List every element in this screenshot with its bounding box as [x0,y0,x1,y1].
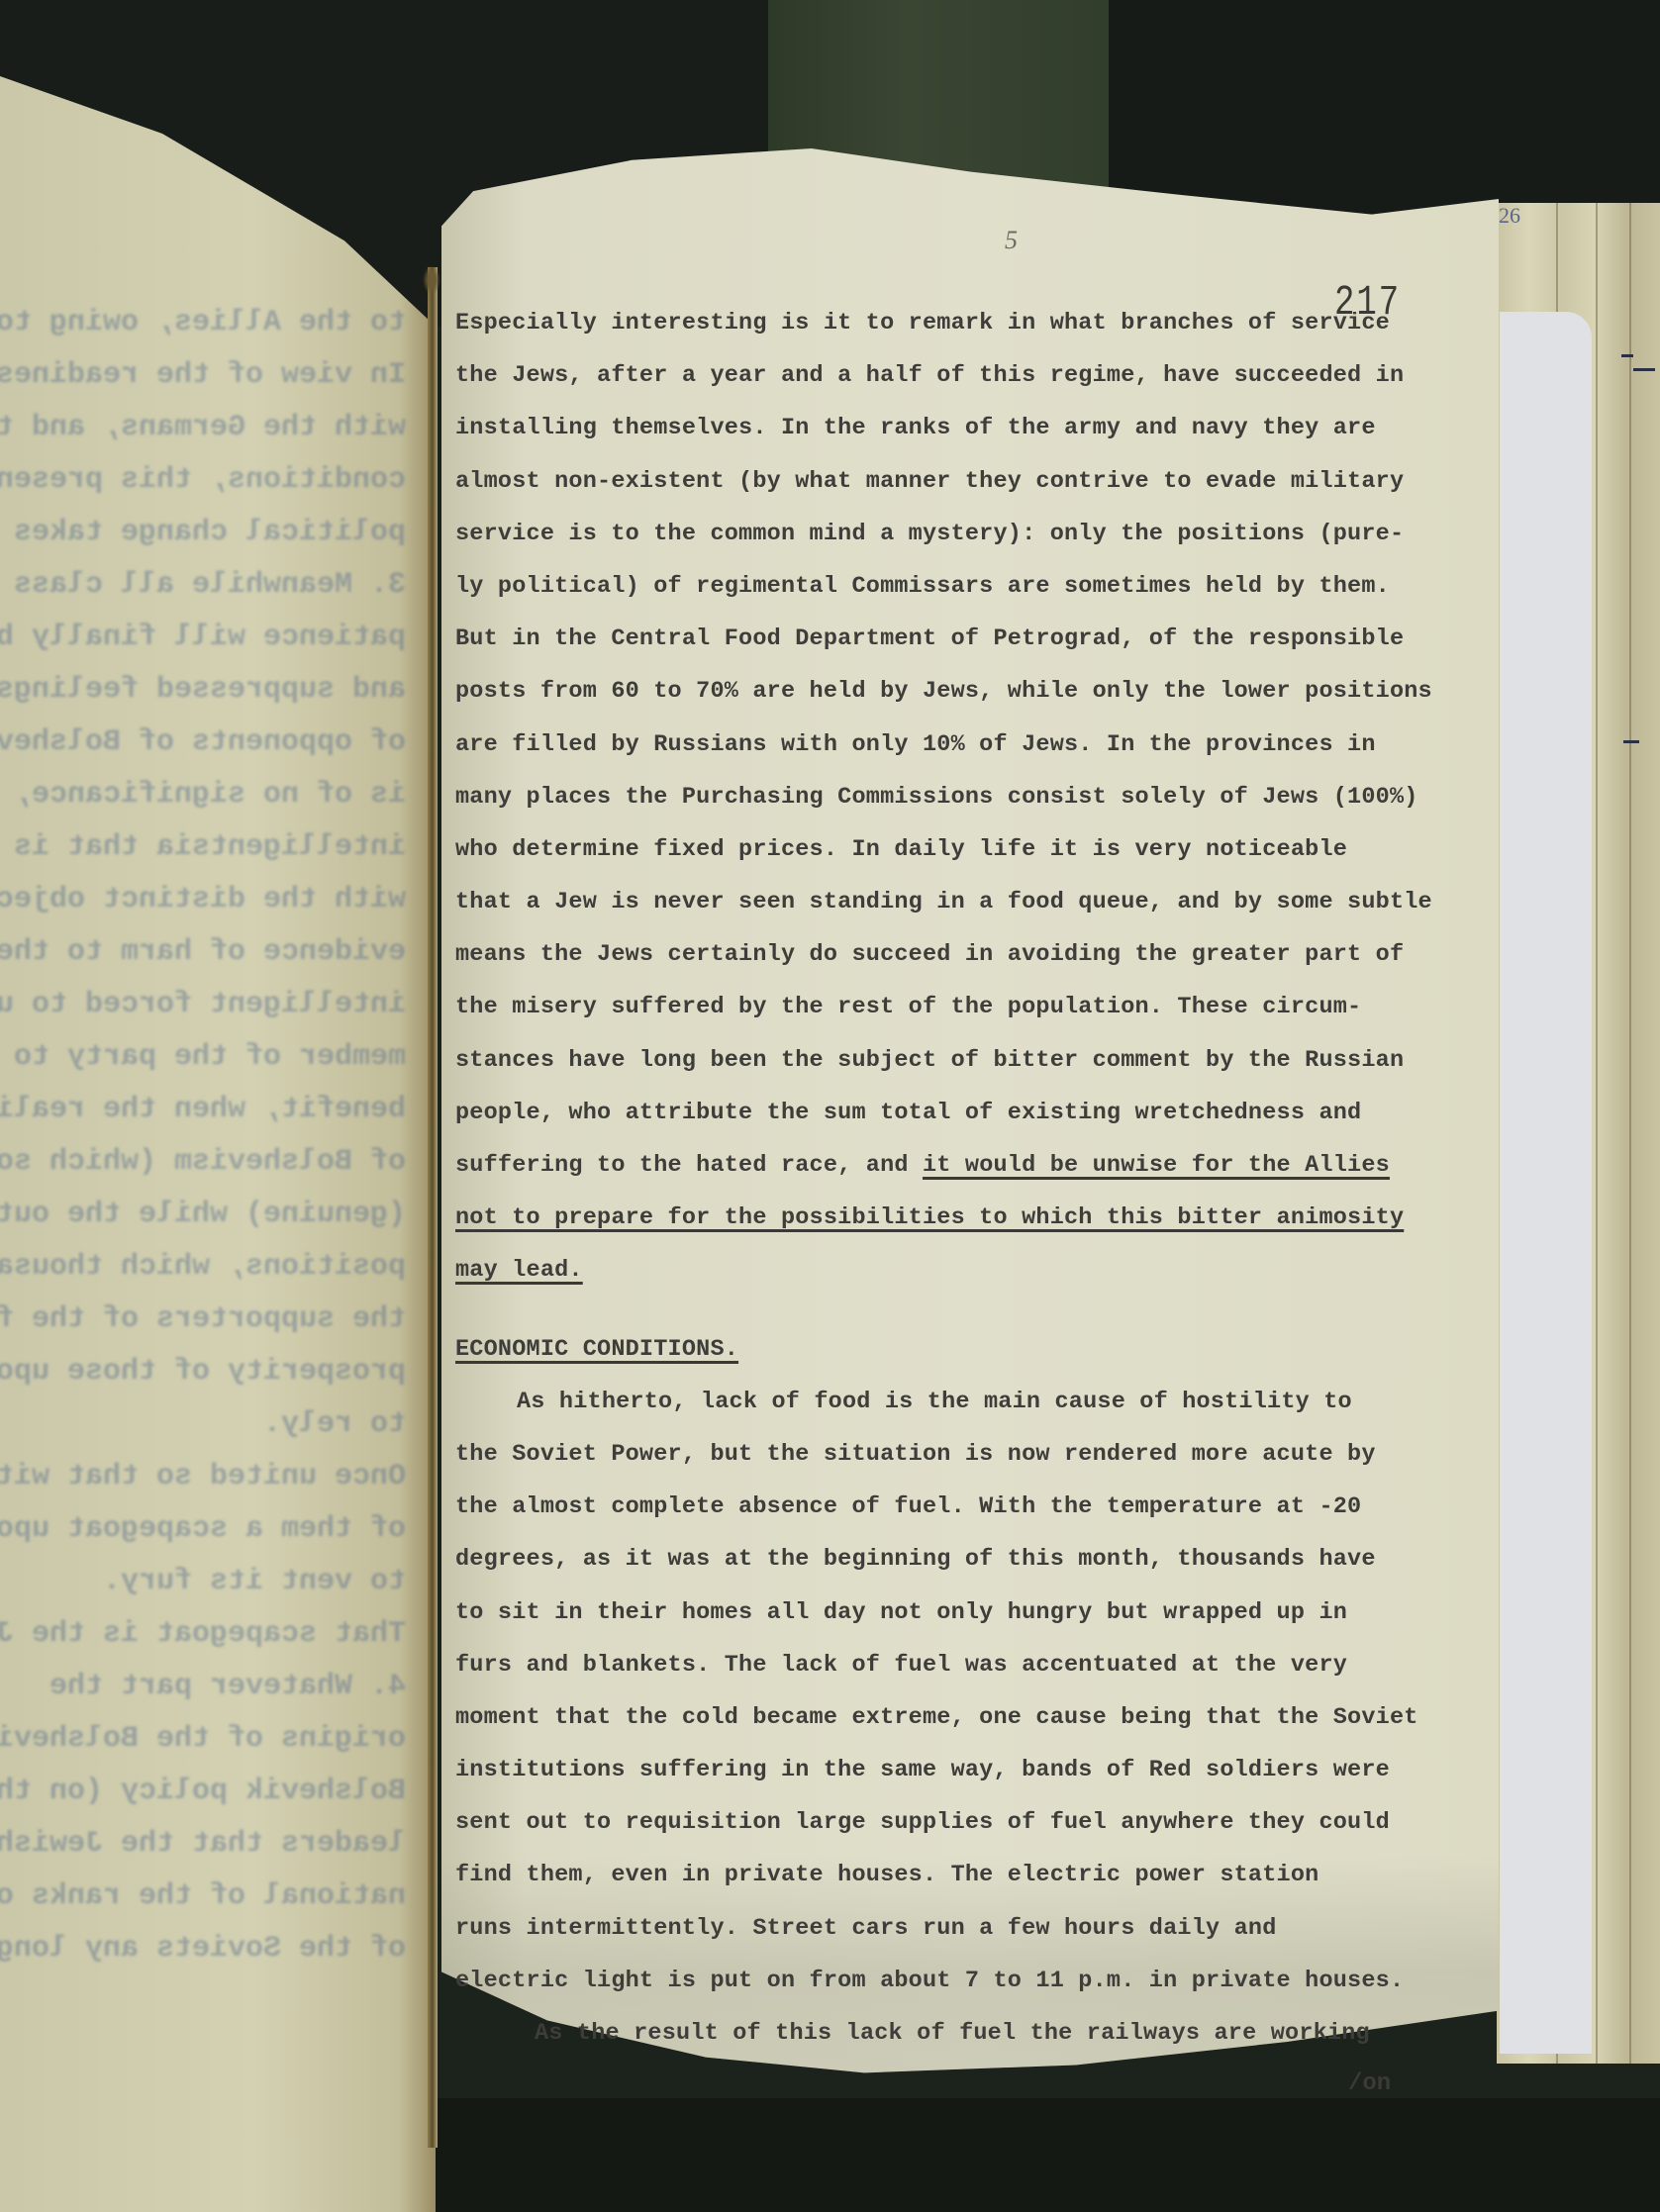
white-marker-slip [1500,312,1592,2054]
text-line: degrees, as it was at the beginning of t… [455,1533,1485,1586]
edge-mark [1633,368,1655,371]
bleedthrough-line: of opponents of Bolshevism an [0,717,406,769]
bleedthrough-line: of them a scapegoat upon wh [0,1503,406,1556]
text-line: ly political) of regimental Commissars a… [455,560,1485,613]
bleedthrough-line: intelligent forced to undergo mi [0,979,406,1031]
text-line: furs and blankets. The lack of fuel was … [455,1639,1485,1691]
bleedthrough-line: leaders that the Jewish element [0,1818,406,1871]
text-line: runs intermittently. Street cars run a f… [455,1902,1485,1955]
bleedthrough-line: In view of the readiness [0,349,406,402]
text-line: As hitherto, lack of food is the main ca… [455,1376,1485,1428]
underlined-text: may lead. [455,1257,583,1284]
text-line: almost non-existent (by what manner they… [455,455,1485,508]
bleedthrough-line: intelligentsia that is incap [0,821,406,874]
text-line: who determine fixed prices. In daily lif… [455,823,1485,876]
bleedthrough-line: member of the party to which [0,1031,406,1084]
stack-divider [1629,203,1631,2064]
text-line: the Jews, after a year and a half of thi… [455,349,1485,402]
text-line: means the Jews certainly do succeed in a… [455,928,1485,981]
bleedthrough-line: patience will finally be exha [0,612,406,664]
edge-mark [1621,354,1633,357]
paragraph-1: Especially interesting is it to remark i… [455,297,1485,1139]
text-line: the almost complete absence of fuel. Wit… [455,1481,1485,1533]
facing-page-bleedthrough-text: to the Allies, owing to the lIn view of … [0,297,406,1975]
text-line: electric light is put on from about 7 to… [455,1955,1485,2007]
bleedthrough-line: the supporters of the fears o [0,1294,406,1346]
bleedthrough-line: political change takes place in [0,507,406,559]
bleedthrough-line: 4. Whatever part the [0,1661,406,1713]
catchword: /on [1348,2070,1391,2097]
bleedthrough-line: Bolshevik policy (on those ma [0,1766,406,1818]
text-line: are filled by Russians with only 10% of … [455,719,1485,771]
bleedthrough-line: 3. Meanwhile all class [0,559,406,612]
text-line: sent out to requisition large supplies o… [455,1796,1485,1849]
bleedthrough-line: of the Soviets any longer not [0,1923,406,1975]
bleedthrough-line: national of the ranks of evil [0,1871,406,1923]
edge-mark [1623,740,1639,743]
section-heading: ECONOMIC CONDITIONS. [455,1323,1485,1376]
text-line: suffering to the hated race, and it woul… [455,1139,1485,1192]
facing-page-left: to the Allies, owing to the lIn view of … [0,69,436,2212]
pencil-mark: 5 [1005,226,1018,255]
text-line: find them, even in private houses. The e… [455,1849,1485,1901]
underlined-text: it would be unwise for the Allies [923,1152,1390,1179]
book-spine [428,267,438,2148]
bleedthrough-line: conditions, this presents a re [0,454,406,507]
text-line: the misery suffered by the rest of the p… [455,981,1485,1033]
bleedthrough-line: evidence of harm to the Sovie [0,926,406,979]
stack-divider [1596,203,1598,2064]
text-line: But in the Central Food Department of Pe… [455,613,1485,665]
text-line: the Soviet Power, but the situation is n… [455,1428,1485,1481]
bleedthrough-line: is of no significance, as the [0,769,406,821]
bleedthrough-line: benefit, when the reality o [0,1084,406,1136]
text-line: service is to the common mind a mystery)… [455,508,1485,560]
text-line: people, who attribute the sum total of e… [455,1087,1485,1139]
text-line: that a Jew is never seen standing in a f… [455,876,1485,928]
text-line: not to prepare for the possibilities to … [455,1192,1485,1244]
text-line: installing themselves. In the ranks of t… [455,402,1485,454]
text-line: As the result of this lack of fuel the r… [455,2007,1485,2060]
text-line: many places the Purchasing Commissions c… [455,771,1485,823]
text-line: posts from 60 to 70% are held by Jews, w… [455,665,1485,718]
text-line: moment that the cold became extreme, one… [455,1691,1485,1744]
bleedthrough-line: positions, which thousands of [0,1241,406,1294]
paragraph-2: As hitherto, lack of food is the main ca… [455,1376,1485,2007]
bleedthrough-line: and suppressed feelings must [0,664,406,717]
bleedthrough-line: prosperity of those upon whom [0,1346,406,1398]
text-line: to sit in their homes all day not only h… [455,1587,1485,1639]
typed-text-body: Especially interesting is it to remark i… [455,297,1485,2060]
bleedthrough-line: with the distinct object of [0,874,406,926]
text-line: stances have long been the subject of bi… [455,1034,1485,1087]
bleedthrough-line: (genuine) while the outline [0,1189,406,1241]
text-line: institutions suffering in the same way, … [455,1744,1485,1796]
paragraph-3: As the result of this lack of fuel the r… [455,2007,1485,2060]
staple-icon [423,265,440,295]
bleedthrough-line: to the Allies, owing to the l [0,297,406,349]
bleedthrough-line: Once united so that wit [0,1451,406,1503]
text-line: may lead. [455,1244,1485,1297]
bleedthrough-line: origins of the Bolshevik revol [0,1713,406,1766]
folio-number-handwritten: 26 [1499,203,1558,272]
bleedthrough-line: with the Germans, and the nat [0,402,406,454]
bleedthrough-line: to rely. [0,1398,406,1451]
bleedthrough-line: That scapegoat is the J [0,1608,406,1661]
text-line: Especially interesting is it to remark i… [455,297,1485,349]
underlined-text: not to prepare for the possibilities to … [455,1204,1404,1231]
bleedthrough-line: of Bolshevism (which some R [0,1136,406,1189]
bleedthrough-line: to vent its fury. [0,1556,406,1608]
